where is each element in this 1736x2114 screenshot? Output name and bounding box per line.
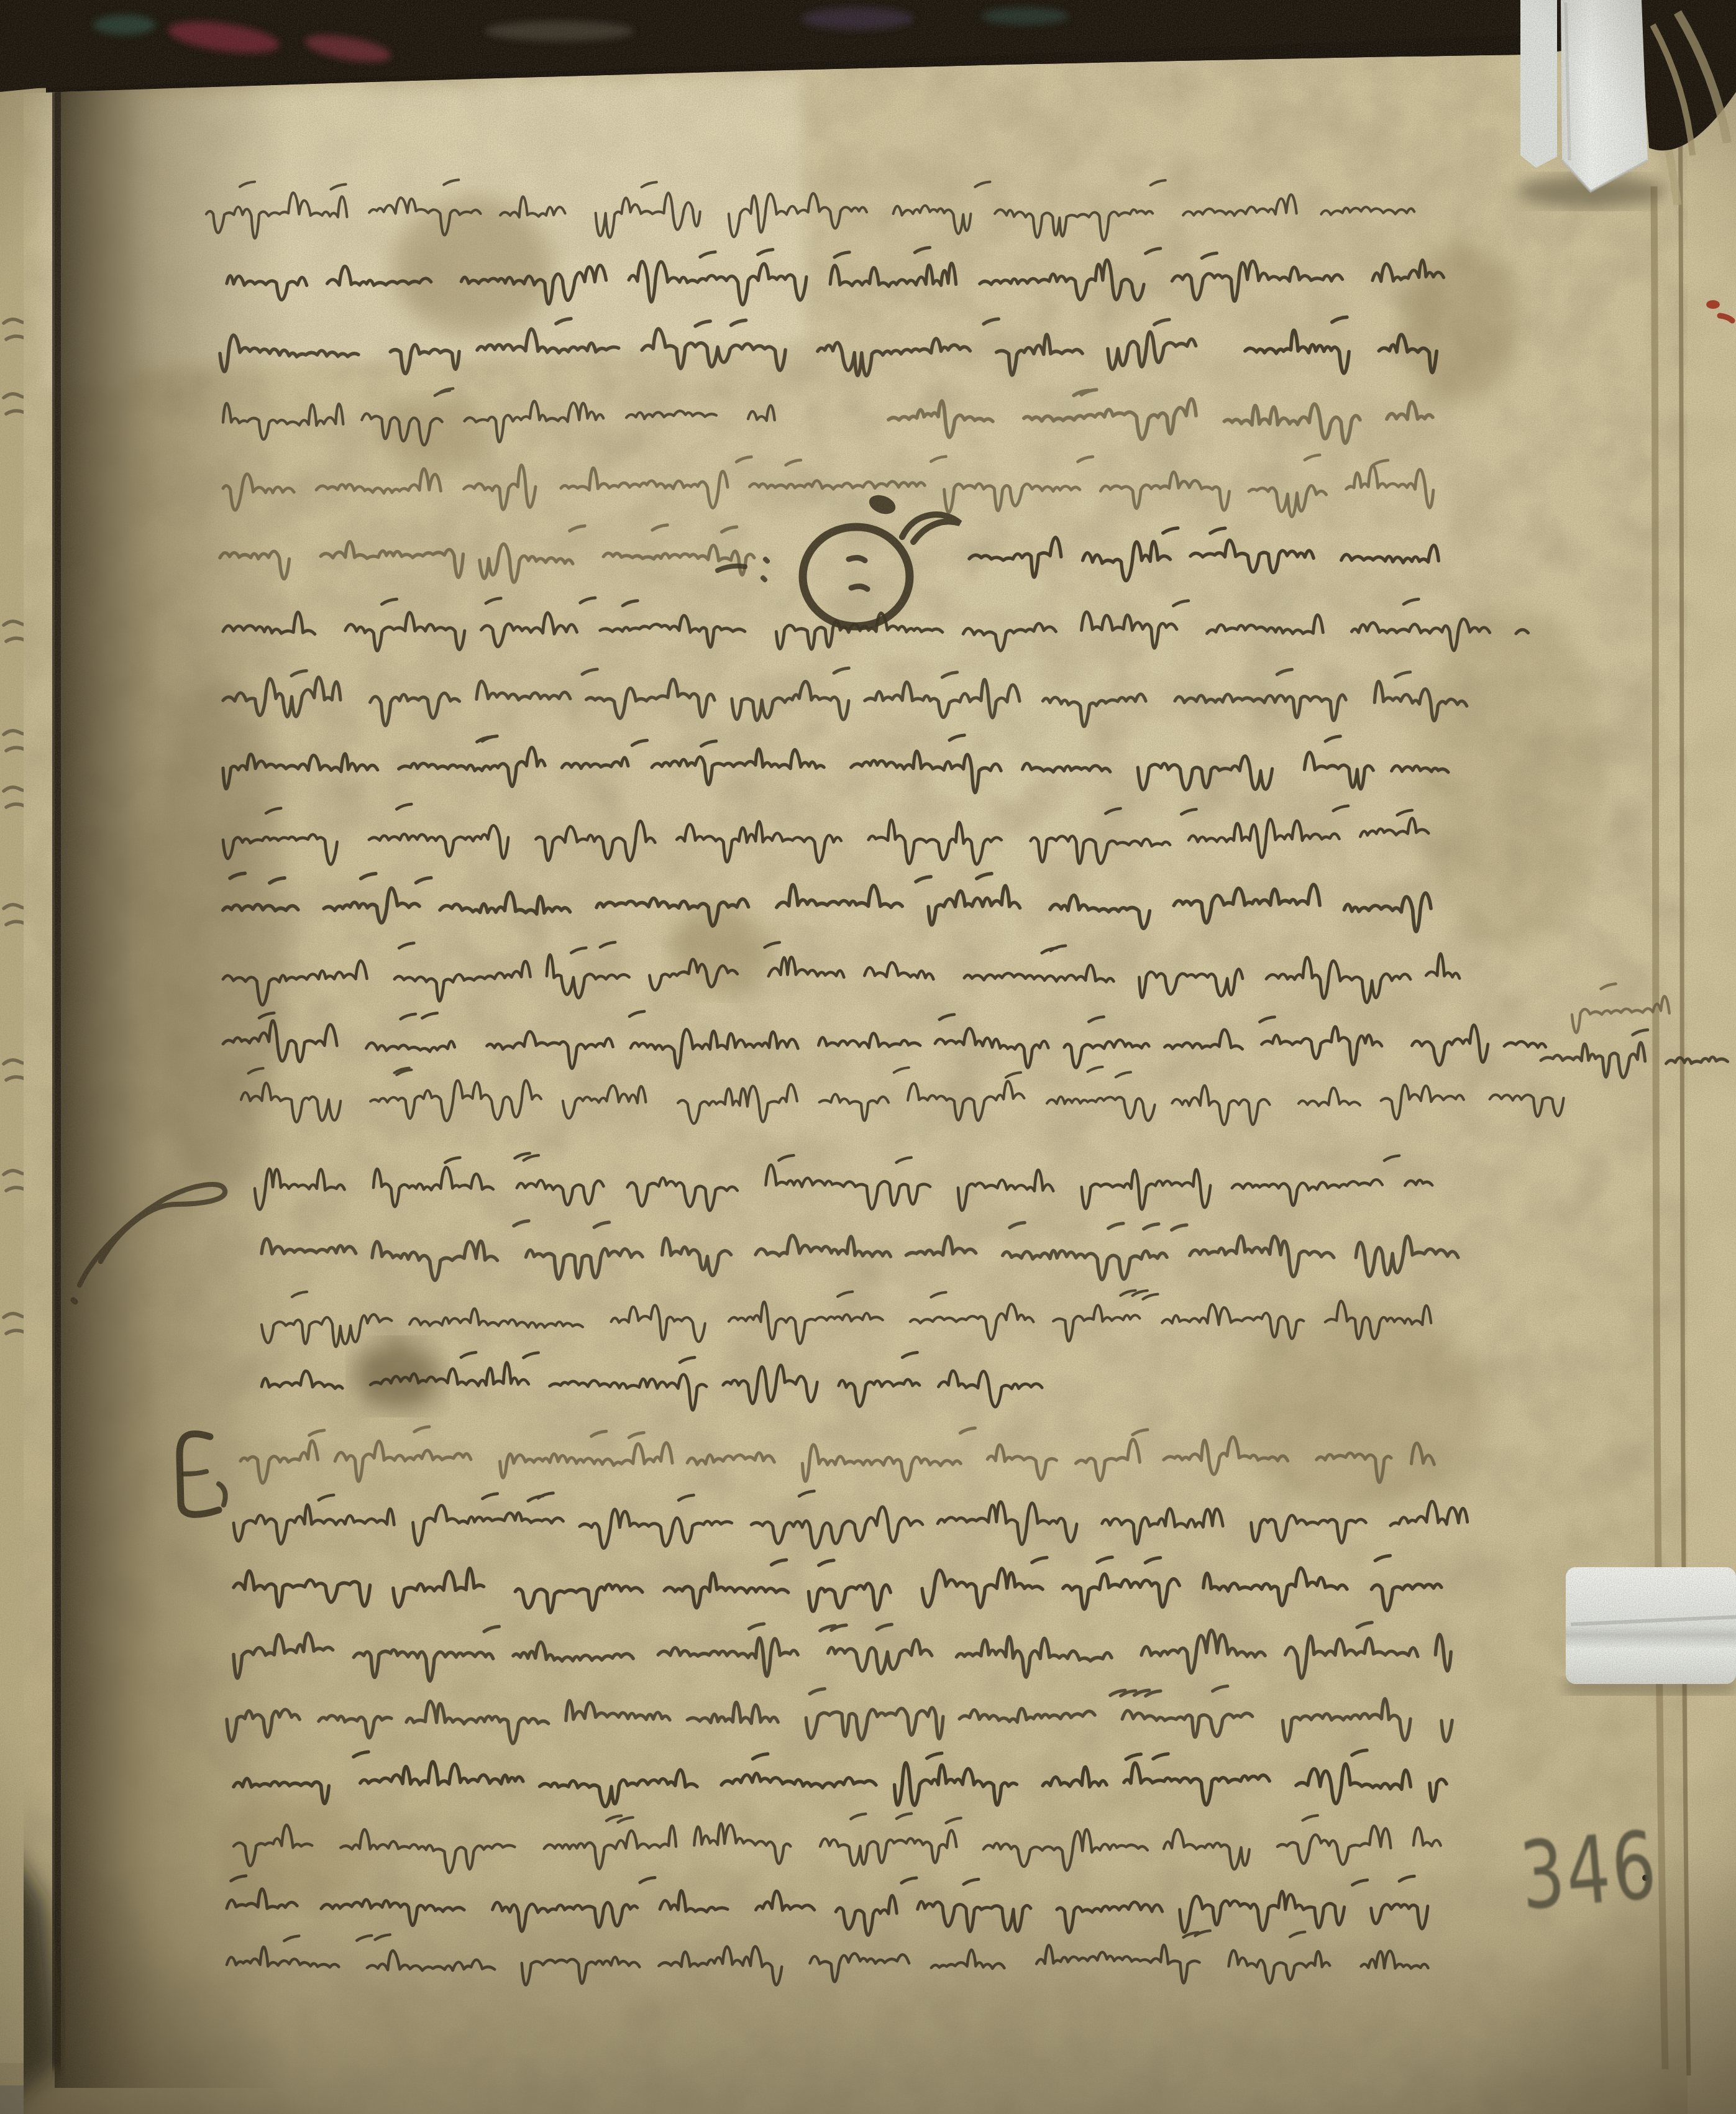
manuscript-photo: 346 <box>0 0 1736 2114</box>
page-canvas: 346 <box>0 0 1736 2114</box>
vignette <box>0 0 1736 2114</box>
